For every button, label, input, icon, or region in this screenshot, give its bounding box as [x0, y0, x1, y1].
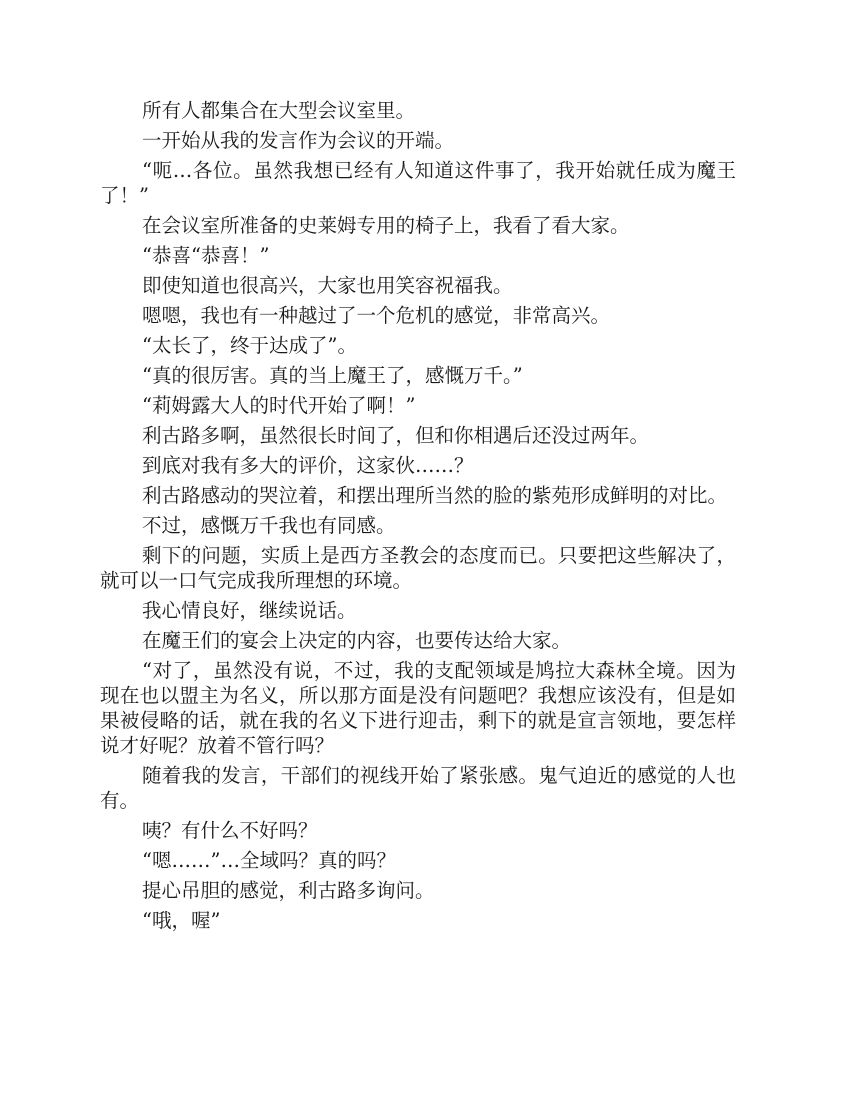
- paragraph: “呃…各位。虽然我想已经有人知道这件事了，我开始就任成为魔王了！”: [100, 158, 736, 208]
- paragraph: 我心情良好，继续说话。: [100, 598, 736, 623]
- paragraph: “对了，虽然没有说，不过，我的支配领域是鸠拉大森林全境。因为现在也以盟主为名义，…: [100, 658, 736, 758]
- paragraph: 在魔王们的宴会上决定的内容，也要传达给大家。: [100, 628, 736, 653]
- paragraph: “哦，喔”: [100, 908, 736, 933]
- paragraph: “太长了，终于达成了”。: [100, 333, 736, 358]
- paragraph: 随着我的发言，干部们的视线开始了紧张感。鬼气迫近的感觉的人也有。: [100, 763, 736, 813]
- paragraph: “莉姆露大人的时代开始了啊！”: [100, 393, 736, 418]
- paragraph: 嗯嗯，我也有一种越过了一个危机的感觉，非常高兴。: [100, 303, 736, 328]
- paragraph: 利古路感动的哭泣着，和摆出理所当然的脸的紫苑形成鲜明的对比。: [100, 483, 736, 508]
- paragraph: 不过，感慨万千我也有同感。: [100, 513, 736, 538]
- paragraph: 在会议室所准备的史莱姆专用的椅子上，我看了看大家。: [100, 213, 736, 238]
- paragraph: “真的很厉害。真的当上魔王了，感慨万千。”: [100, 363, 736, 388]
- paragraph: 所有人都集合在大型会议室里。: [100, 98, 736, 123]
- paragraph: 提心吊胆的感觉，利古路多询问。: [100, 878, 736, 903]
- paragraph: 即使知道也很高兴，大家也用笑容祝福我。: [100, 273, 736, 298]
- paragraph: 利古路多啊，虽然很长时间了，但和你相遇后还没过两年。: [100, 423, 736, 448]
- paragraph: “恭喜“恭喜！”: [100, 243, 736, 268]
- paragraph: 到底对我有多大的评价，这家伙……？: [100, 453, 736, 478]
- document-page: 所有人都集合在大型会议室里。 一开始从我的发言作为会议的开端。 “呃…各位。虽然…: [100, 98, 736, 938]
- paragraph: 剩下的问题，实质上是西方圣教会的态度而已。只要把这些解决了，就可以一口气完成我所…: [100, 543, 736, 593]
- paragraph: 一开始从我的发言作为会议的开端。: [100, 128, 736, 153]
- paragraph: “嗯……”…全域吗？真的吗？: [100, 848, 736, 873]
- paragraph: 咦？有什么不好吗？: [100, 818, 736, 843]
